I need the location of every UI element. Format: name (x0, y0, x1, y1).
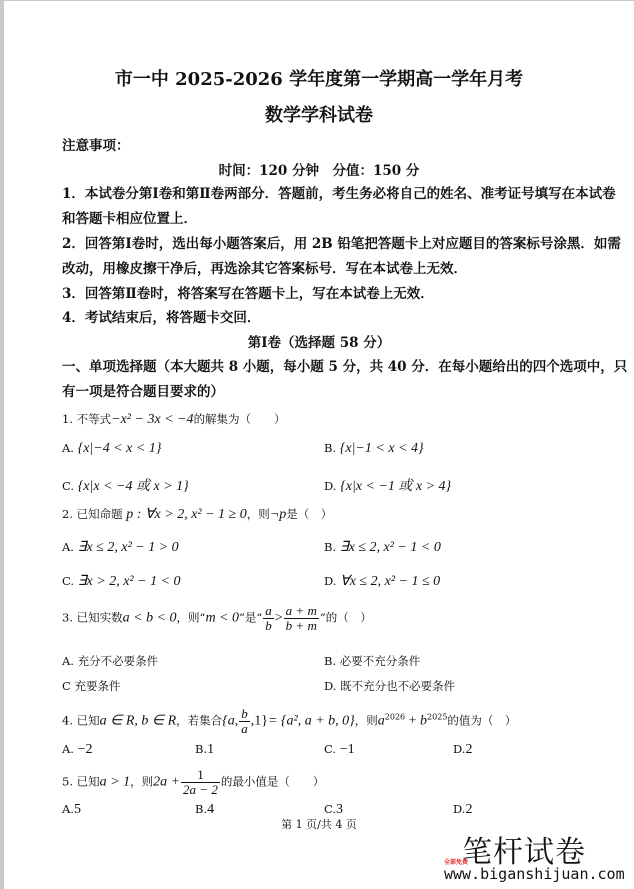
question-4-stem: 4. 已知a ∈ R, b ∈ R，若集合{a,ba,1}= {a², a + … (62, 707, 516, 736)
question-1-stem: 1. 不等式−x² − 3x < −4的解集为（ ） (62, 411, 286, 428)
exam-title: 市一中 2025-2026 学年度第一学期高一学年月考 (4, 65, 634, 91)
time-score: 时间：120 分钟 分值：150 分 (4, 159, 634, 179)
question-4-option-c[interactable]: C. −1 (324, 742, 355, 758)
part-heading-line2: 有一项是符合题目要求的） (62, 380, 224, 400)
question-number: 3. (62, 611, 73, 625)
question-3-option-a[interactable]: A. 充分不必要条件 (62, 653, 158, 669)
question-1-option-a[interactable]: A. {x|−4 < x < 1} (62, 441, 161, 457)
notice-item-3: 3．回答第Ⅱ卷时，将答案写在答题卡上，写在本试卷上无效． (62, 282, 434, 302)
question-2-option-c[interactable]: C. ∃x > 2, x² − 1 < 0 (62, 573, 181, 590)
exam-subtitle: 数学学科试卷 (4, 101, 634, 127)
question-4-option-a[interactable]: A. −2 (62, 742, 93, 758)
question-2-option-d[interactable]: D. ∀x ≤ 2, x² − 1 ≤ 0 (324, 573, 440, 590)
notice-item-4: 4．考试结束后，将答题卡交回． (62, 306, 260, 326)
question-1-option-d[interactable]: D. {x|x < −1 或 x > 4} (324, 475, 451, 495)
notice-item-1-line2: 和答题卡相应位置上． (62, 207, 197, 227)
watermark-url: www.biganshijuan.com (444, 865, 625, 883)
question-number: 1. (62, 412, 73, 426)
question-number: 5. (62, 775, 73, 789)
question-3-option-b[interactable]: B. 必要不充分条件 (324, 653, 420, 669)
section-title: 第Ⅰ卷（选择题 58 分） (4, 331, 634, 351)
question-4-option-d[interactable]: D.2 (453, 742, 472, 758)
notice-heading: 注意事项： (62, 134, 130, 154)
question-number: 4. (62, 714, 73, 728)
math-expression: −x² − 3x < −4 (111, 412, 193, 427)
question-number: 2. (62, 507, 73, 521)
question-1-option-b[interactable]: B. {x|−1 < x < 4} (324, 441, 424, 457)
notice-item-2-line1: 2．回答第Ⅰ卷时，选出每小题答案后，用 2B 铅笔把答题卡上对应题目的答案标号涂… (62, 232, 621, 252)
question-2-option-b[interactable]: B. ∃x ≤ 2, x² − 1 < 0 (324, 539, 441, 556)
fraction: ab (263, 604, 274, 633)
part-heading-line1: 一、单项选择题（本大题共 8 小题，每小题 5 分，共 40 分．在每小题给出的… (62, 355, 627, 375)
question-3-stem: 3. 已知实数a < b < 0，则“m < 0”是“ab>a + mb + m… (62, 604, 372, 633)
fraction: ba (239, 707, 250, 736)
question-5-stem: 5. 已知a > 1，则2a +12a − 2的最小值是（ ） (62, 768, 324, 797)
fraction: a + mb + m (284, 604, 319, 633)
question-4-option-b[interactable]: B.1 (195, 742, 214, 758)
exam-page: 市一中 2025-2026 学年度第一学期高一学年月考 数学学科试卷 注意事项：… (0, 0, 634, 889)
question-2-option-a[interactable]: A. ∃x ≤ 2, x² − 1 > 0 (62, 539, 179, 556)
question-2-stem: 2. 已知命题 p : ∀x > 2, x² − 1 ≥ 0，则¬p是（ ） (62, 506, 332, 523)
notice-item-2-line2: 改动，用橡皮擦干净后，再选涂其它答案标号．写在本试卷上无效． (62, 257, 467, 277)
notice-item-1-line1: 1．本试卷分第Ⅰ卷和第Ⅱ卷两部分．答题前，考生务必将自己的姓名、准考证号填写在本… (62, 182, 616, 202)
math-expression: p : ∀x > 2, x² − 1 ≥ 0 (126, 507, 246, 522)
question-1-option-c[interactable]: C. {x|x < −4 或 x > 1} (62, 475, 189, 495)
question-3-option-c[interactable]: C 充要条件 (62, 678, 120, 694)
fraction: 12a − 2 (181, 768, 220, 797)
question-3-option-d[interactable]: D. 既不充分也不必要条件 (324, 678, 455, 694)
